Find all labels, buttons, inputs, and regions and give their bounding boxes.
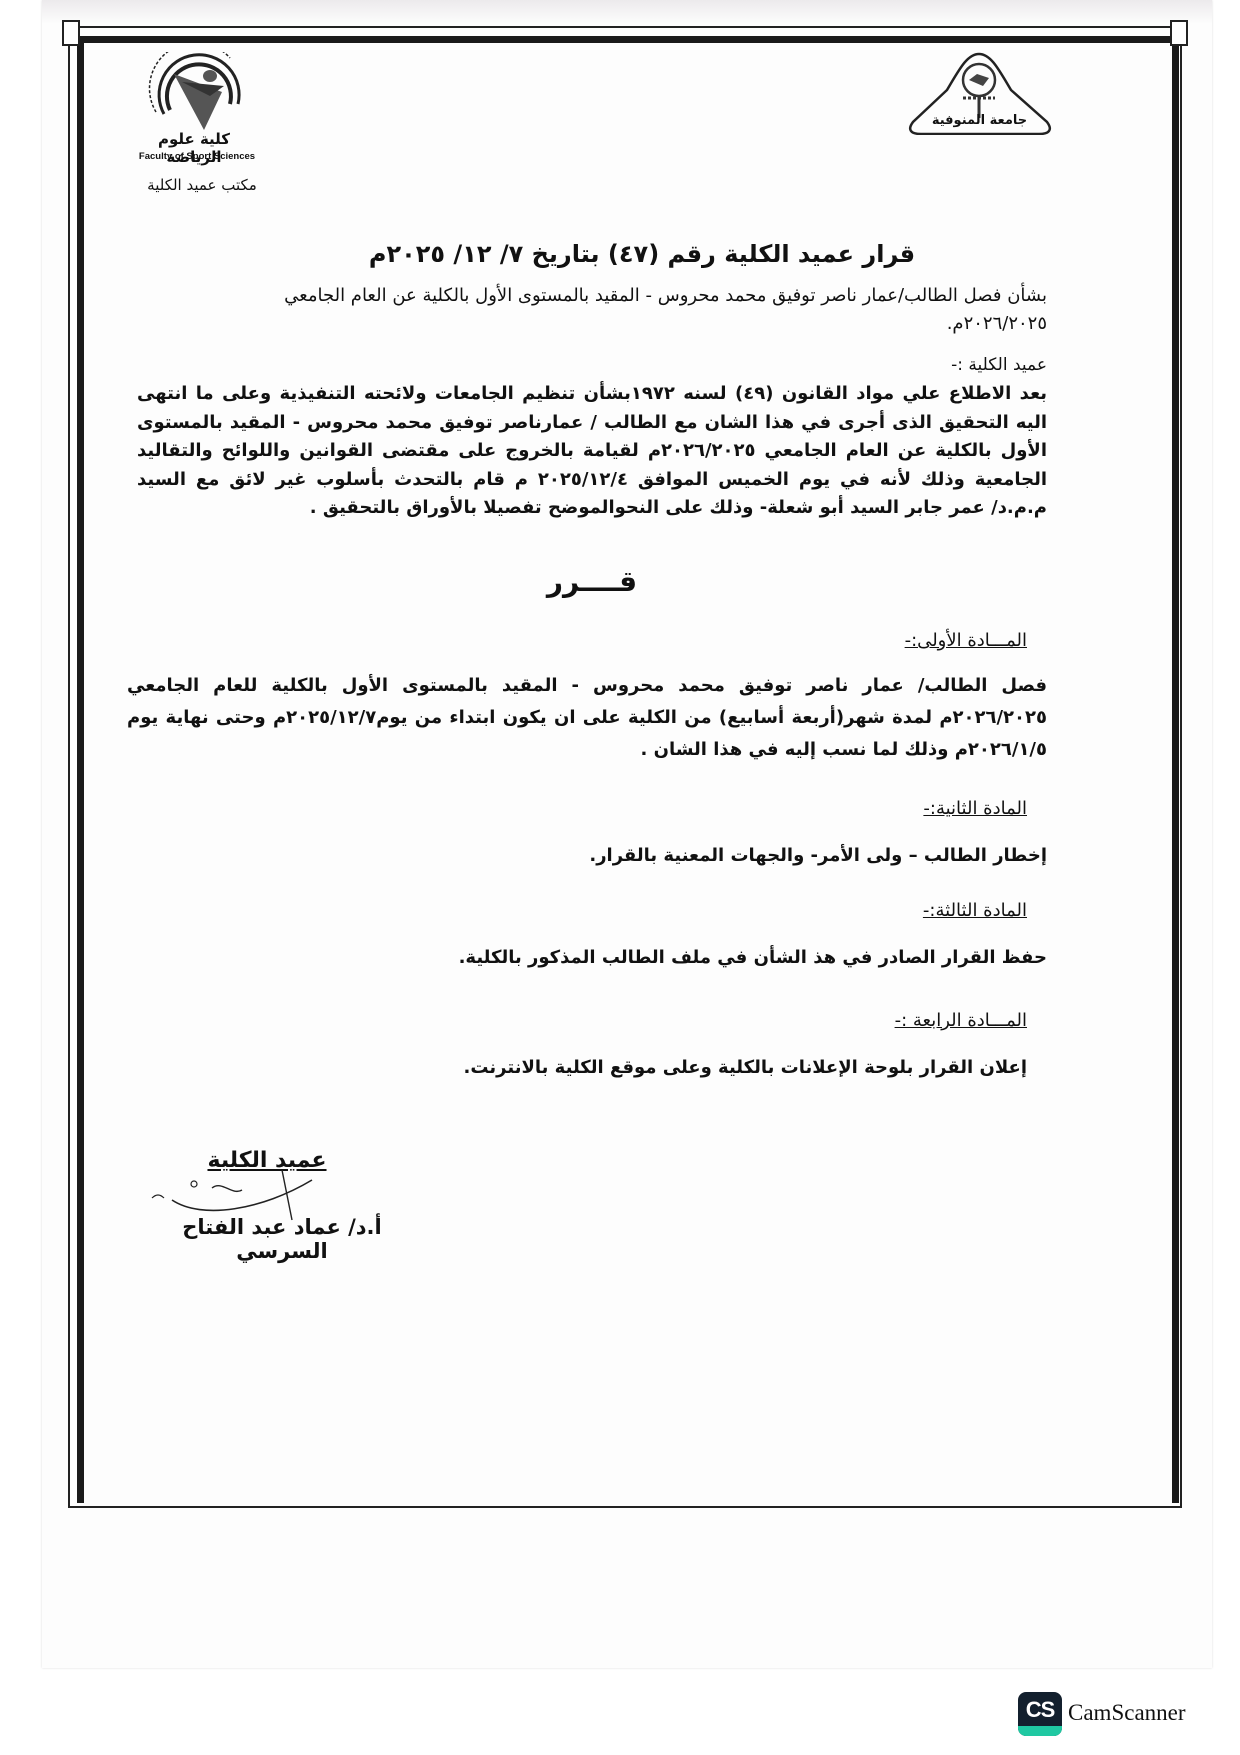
article-2-heading: المادة الثانية:- bbox=[627, 798, 1027, 819]
sport-sciences-logo-icon bbox=[112, 52, 282, 132]
article-1-heading: المـــادة الأولى:- bbox=[627, 630, 1027, 651]
camscanner-badge-bar bbox=[1018, 1726, 1062, 1736]
article-4-heading: المـــادة الرابعة :- bbox=[627, 1010, 1027, 1031]
article-3-heading: المادة الثالثة:- bbox=[627, 900, 1027, 921]
scanned-page: كلية علوم الرياضة Faculty of Sport Scien… bbox=[42, 0, 1212, 1668]
border-corner bbox=[1170, 20, 1188, 46]
article-3-text: حفظ القرار الصادر في هذ الشأن في ملف الط… bbox=[427, 942, 1047, 974]
scan-shadow bbox=[42, 0, 1212, 24]
decision-subject: بشأن فصل الطالب/عمار ناصر توفيق محمد محر… bbox=[227, 282, 1047, 338]
decision-heading: قــــرر bbox=[522, 565, 662, 598]
decision-title: قرار عميد الكلية رقم (٤٧) بتاريخ ٧/ ١٢/ … bbox=[342, 240, 942, 268]
article-4-text: إعلان القرار بلوحة الإعلانات بالكلية وعل… bbox=[427, 1052, 1027, 1084]
faculty-logo: كلية علوم الرياضة Faculty of Sport Scien… bbox=[112, 52, 282, 172]
border-corner bbox=[62, 20, 80, 46]
preamble-paragraph: بعد الاطلاع علي مواد القانون (٤٩) لسنه ١… bbox=[137, 380, 1047, 523]
signatory-name: أ.د/ عماد عبد الفتاح السرسي bbox=[142, 1215, 422, 1263]
dean-office-label: مكتب عميد الكلية bbox=[142, 176, 262, 194]
university-name: جامعة المنوفية bbox=[927, 113, 1032, 128]
camscanner-label: CamScanner bbox=[1068, 1700, 1186, 1726]
camscanner-badge-text: CS bbox=[1018, 1697, 1062, 1723]
faculty-name-english: Faculty of Sport Sciences bbox=[122, 151, 272, 162]
camscanner-logo-icon: CS bbox=[1018, 1692, 1062, 1736]
university-logo: جامعة المنوفية bbox=[897, 50, 1062, 170]
dean-label: عميد الكلية :- bbox=[742, 355, 1047, 375]
article-2-text: إخطار الطالب – ولى الأمر- والجهات المعني… bbox=[427, 840, 1047, 872]
article-1-text: فصل الطالب/ عمار ناصر توفيق محمد محروس -… bbox=[127, 670, 1047, 766]
